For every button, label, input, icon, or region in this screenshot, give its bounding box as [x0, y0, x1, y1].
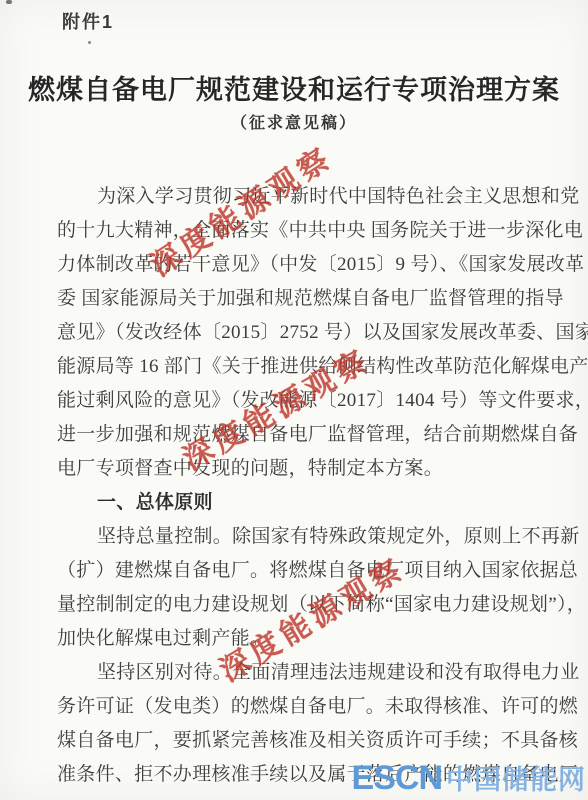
attachment-label: 附件1	[62, 8, 114, 34]
section-heading: 一、总体原则	[57, 486, 535, 520]
document-page: 附件1 燃煤自备电厂规范建设和运行专项治理方案 （征求意见稿） 为深入学习贯彻习…	[0, 0, 588, 800]
doc-line: 力体制改革的若干意见》（中发〔2015〕9 号）、《国家发展改革	[57, 248, 535, 282]
doc-line: 务许可证（发电类）的燃煤自备电厂。未取得核准、许可的燃	[57, 690, 535, 724]
doc-line: 坚持总量控制。除国家有特殊政策规定外，原则上不再新	[57, 520, 535, 554]
scan-speck	[6, 0, 12, 4]
scan-speck	[88, 41, 91, 44]
doc-line: 意见》（发改经体〔2015〕2752 号）以及国家发展改革委、国家	[57, 316, 535, 350]
escn-logo-text: ESCN	[352, 759, 442, 798]
doc-line: 委 国家能源局关于加强和规范燃煤自备电厂监督管理的指导	[57, 282, 535, 316]
doc-line: 量控制制定的电力建设规划（以下简称“国家电力建设规划”），	[57, 588, 535, 622]
escn-logo: ESCN 中国储能网	[352, 758, 586, 798]
document-body: 为深入学习贯彻习近平新时代中国特色社会主义思想和党 的十九大精神，全面落实《中共…	[57, 180, 535, 792]
doc-line: （扩）建燃煤自备电厂。将燃煤自备电厂项目纳入国家依据总	[57, 554, 535, 588]
doc-line: 坚持区别对待。全面清理违法违规建设和没有取得电力业	[57, 656, 535, 690]
doc-line: 能过剩风险的意见》（发改能源〔2017〕1404 号）等文件要求，	[57, 384, 535, 418]
doc-line: 能源局等 16 部门《关于推进供给侧结构性改革防范化解煤电产	[57, 350, 535, 384]
doc-line: 为深入学习贯彻习近平新时代中国特色社会主义思想和党	[57, 180, 535, 214]
doc-line: 电厂专项督查中发现的问题，特制定本方案。	[57, 452, 535, 486]
doc-line: 煤自备电厂，要抓紧完善核准及相关资质许可手续；不具备核	[57, 724, 535, 758]
escn-logo-site-name: 中国储能网	[446, 758, 586, 797]
doc-line: 加快化解煤电过剩产能。	[57, 622, 535, 656]
document-subtitle: （征求意见稿）	[0, 110, 588, 133]
doc-line: 的十九大精神，全面落实《中共中央 国务院关于进一步深化电	[57, 214, 535, 248]
document-title: 燃煤自备电厂规范建设和运行专项治理方案	[0, 68, 588, 107]
doc-line: 进一步加强和规范燃煤自备电厂监督管理，结合前期燃煤自备	[57, 418, 535, 452]
